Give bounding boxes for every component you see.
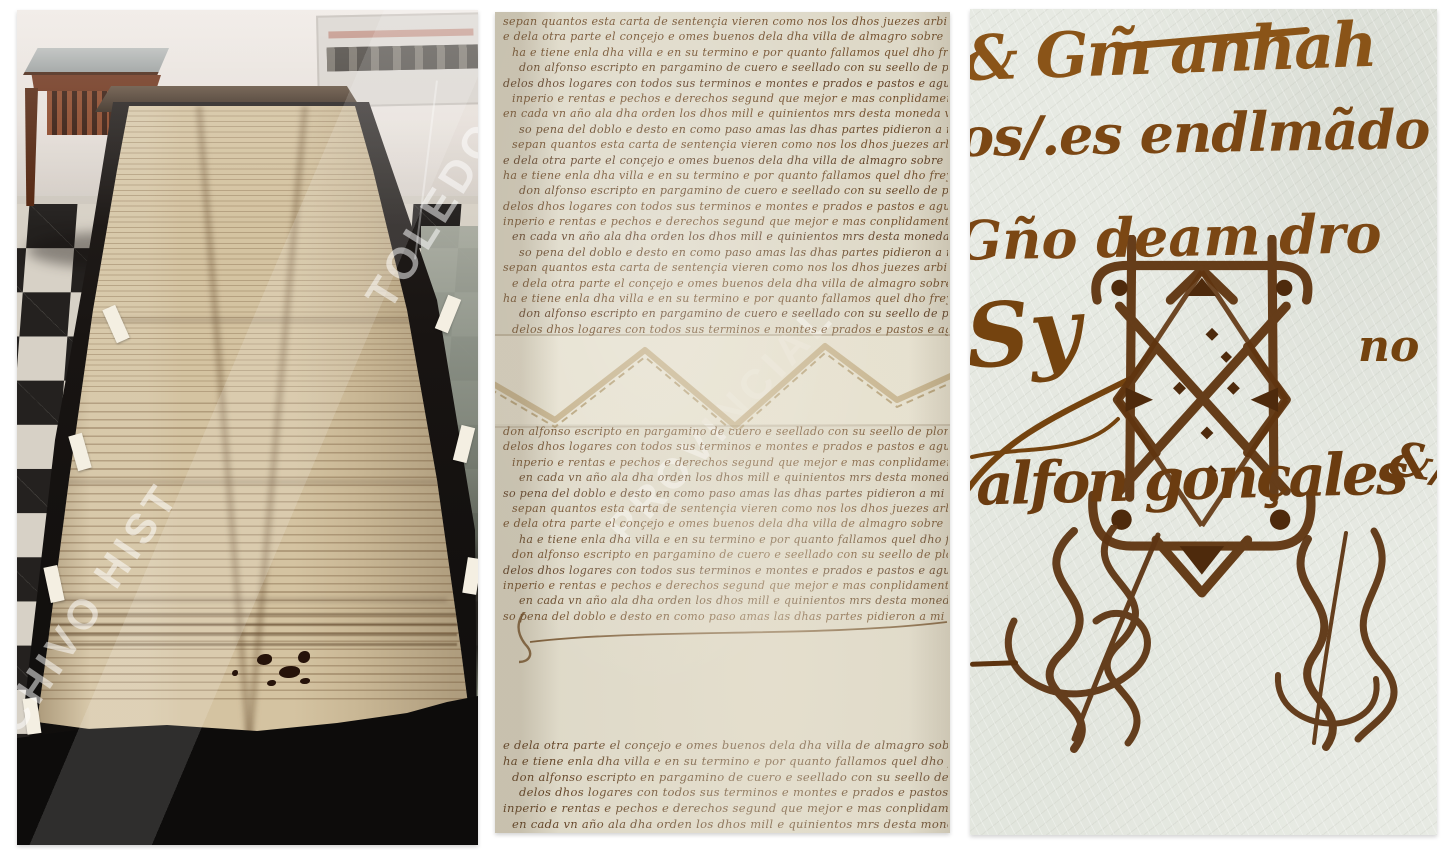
- manuscript-text-row: inperio e rentas e pechos e derechos seg…: [503, 578, 948, 593]
- manuscript-text-row: inperio e rentas e pechos e derechos seg…: [512, 91, 948, 106]
- manuscript-text-row: e dela otra parte el conçejo e omes buen…: [512, 276, 948, 291]
- manuscript-text-row: delos dhos logares con todos sus termino…: [512, 322, 948, 337]
- knot-stroke: [1358, 531, 1394, 739]
- manuscript-text-row: delos dhos logares con todos sus termino…: [503, 76, 948, 91]
- manuscript-text-row: delos dhos logares con todos sus termino…: [503, 563, 948, 578]
- manuscript-text-row: so pena del doblo e desto en como paso a…: [519, 245, 948, 260]
- manuscript-text-row: delos dhos logares con todos sus termino…: [503, 199, 948, 214]
- manuscript-text-row: en cada vn año ala dha orden los dhos mi…: [519, 593, 948, 608]
- signo-dot: [1200, 426, 1213, 439]
- signo-left-triangle: [1126, 388, 1153, 412]
- right-knot: [1278, 531, 1394, 747]
- manuscript-text-row: inperio e rentas e pechos e derechos seg…: [512, 455, 948, 470]
- script-line-1: & Gm̃ anhah: [970, 9, 1376, 95]
- notary-signature-mark: &/: [1386, 431, 1437, 495]
- manuscript-text-row: inperio e rentas e pechos e derechos seg…: [503, 801, 948, 817]
- frame-red-strip: [328, 28, 473, 38]
- knot-stroke: [1050, 531, 1082, 749]
- parchment-crease: [57, 480, 447, 484]
- script-line-3: Gño deam dro: [970, 201, 1382, 272]
- manuscript-text-row: en cada vn año ala dha orden los dhos mi…: [512, 229, 948, 244]
- manuscript-text-row: don alfonso escripto en pargamino de cue…: [519, 306, 948, 321]
- manuscript-text-row: delos dhos logares con todos sus termino…: [519, 785, 948, 801]
- manuscript-text-row: don alfonso escripto en pargamino de cue…: [519, 183, 948, 198]
- manuscript-text-block-lower: e dela otra parte el conçejo e omes buen…: [503, 738, 948, 833]
- end-rule-line: [530, 622, 947, 642]
- signo-dot: [1206, 328, 1219, 341]
- photo-collage: ARCHIVO HIST TOLEDO sepan quantos esta c…: [0, 0, 1453, 850]
- manuscript-text-row: en cada vn año ala dha orden los dhos mi…: [512, 817, 948, 833]
- manuscript-text-row: ha e tiene enla dha villa e en su termin…: [503, 168, 948, 183]
- notary-signature-text: alfon gonçales: [975, 439, 1406, 518]
- manuscript-text-row: ha e tiene enla dha villa e en su termin…: [512, 45, 948, 60]
- manuscript-text-row: e dela otra parte el conçejo e omes buen…: [503, 738, 948, 754]
- manuscript-text-row: don alfonso escripto en pargamino de cue…: [519, 60, 948, 75]
- manuscript-text-row: don alfonso escripto en pargamino de cue…: [512, 547, 948, 562]
- manuscript-text-row: sepan quantos esta carta de sentençia vi…: [512, 137, 948, 152]
- manuscript-text-row: ha e tiene enla dha villa e en su termin…: [503, 291, 948, 306]
- signo-word-prefix: Sy: [970, 277, 1084, 389]
- left-knot: [1008, 527, 1158, 749]
- stitched-seam-zigzag: [495, 330, 950, 430]
- manuscript-text-row: delos dhos logares con todos sus termino…: [503, 439, 948, 454]
- photo-panel-notarial-sign: & Gm̃ anhah os/.es endlmãdo Gño deam dro…: [970, 9, 1437, 835]
- frame-dark-band: [327, 44, 478, 71]
- script-line-2: os/.es endlmãdo: [970, 97, 1430, 169]
- knot-stroke: [1104, 527, 1137, 743]
- signo-dot-loop: [1276, 280, 1292, 296]
- manuscript-text-block-upper: sepan quantos esta carta de sentençia vi…: [503, 14, 948, 340]
- signature-flourish-knots: [978, 525, 1430, 775]
- photo-panel-manuscript-closeup: sepan quantos esta carta de sentençia vi…: [495, 12, 950, 833]
- manuscript-text-row: so pena del doblo e desto en como paso a…: [503, 486, 948, 501]
- side-table-top: [23, 48, 169, 75]
- manuscript-text-row: en cada vn año ala dha orden los dhos mi…: [503, 106, 948, 121]
- manuscript-text-row: so pena del doblo e desto en como paso a…: [519, 122, 948, 137]
- manuscript-text-row: inperio e rentas e pechos e derechos seg…: [503, 214, 948, 229]
- signo-dot: [1227, 382, 1240, 395]
- manuscript-text-row: don alfonso escripto en pargamino de cue…: [512, 770, 948, 786]
- side-table-slats: [47, 91, 109, 135]
- manuscript-text-row: ha e tiene enla dha villa e en su termin…: [503, 754, 948, 770]
- photo-panel-archive-room: ARCHIVO HIST TOLEDO: [17, 10, 478, 845]
- manuscript-text-row: e dela otra parte el conçejo e omes buen…: [503, 153, 948, 168]
- manuscript-text-row: e dela otra parte el conçejo e omes buen…: [503, 29, 948, 44]
- signo-word-suffix: no: [1358, 321, 1419, 372]
- manuscript-text-row: don alfonso escripto en pargamino de cue…: [503, 424, 948, 439]
- left-bracket-flourish: [519, 612, 533, 662]
- manuscript-text-row: ha e tiene enla dha villa e en su termin…: [519, 532, 948, 547]
- manuscript-text-block-middle: don alfonso escripto en pargamino de cue…: [503, 424, 948, 626]
- signo-dot-loop: [1111, 280, 1127, 296]
- signo-right-triangle: [1251, 388, 1278, 412]
- parchment-crease: [57, 598, 447, 602]
- manuscript-text-row: sepan quantos esta carta de sentençia vi…: [503, 260, 948, 275]
- manuscript-text-row: sepan quantos esta carta de sentençia vi…: [503, 14, 948, 29]
- manuscript-text-row: en cada vn año ala dha orden los dhos mi…: [519, 470, 948, 485]
- ink-rule-flourish: [495, 612, 950, 664]
- side-table-leg: [25, 88, 38, 206]
- manuscript-text-row: e dela otra parte el conçejo e omes buen…: [503, 516, 948, 531]
- signo-dot: [1220, 351, 1232, 363]
- manuscript-text-row: sepan quantos esta carta de sentençia vi…: [512, 501, 948, 516]
